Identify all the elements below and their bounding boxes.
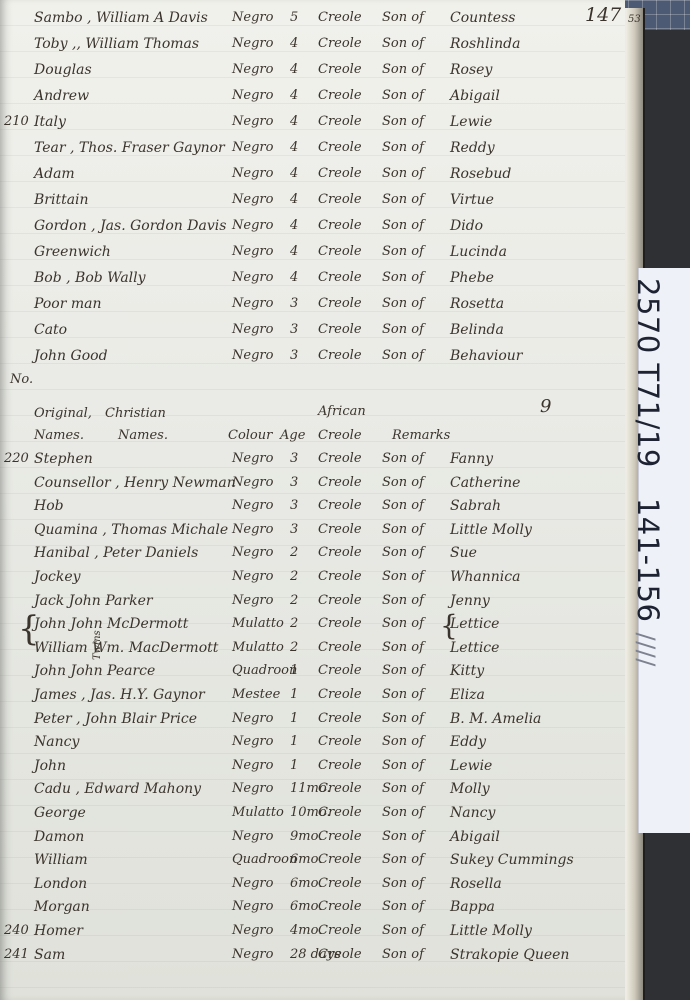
entry-name: Adam <box>34 166 75 182</box>
entry-age: 4 <box>290 140 298 155</box>
entry-age: 4 <box>290 244 298 259</box>
entry-mother: Sabrah <box>450 498 501 514</box>
entry-origin: Creole <box>318 62 362 77</box>
entry-age: 2 <box>290 593 298 608</box>
entry-age: 1 <box>290 758 298 773</box>
entry-name: Brittain <box>34 192 89 208</box>
archive-reference-label: 2570 T71/19141-156//// <box>638 268 690 833</box>
register-entry: GeorgeMulatto10mo.CreoleSon ofNancy <box>0 803 620 827</box>
entry-name: John Good <box>34 348 108 364</box>
entry-origin: Creole <box>318 296 362 311</box>
entry-name: Andrew <box>34 88 89 104</box>
header-names-original: Names. <box>34 428 84 443</box>
entry-relation: Son of <box>382 88 424 103</box>
entry-age: 4 <box>290 88 298 103</box>
entry-mother: Rosella <box>450 876 502 892</box>
entry-age: 1 <box>290 687 298 702</box>
entry-relation: Son of <box>382 640 424 655</box>
entry-name: George <box>34 805 86 821</box>
entry-age: 4 <box>290 36 298 51</box>
entry-name: Hob <box>34 498 64 514</box>
entry-name: Toby ,, William Thomas <box>34 36 199 52</box>
register-entry: BrittainNegro4CreoleSon ofVirtue <box>0 190 620 214</box>
entry-mother: Lucinda <box>450 244 507 260</box>
entry-relation: Son of <box>382 522 424 537</box>
entry-origin: Creole <box>318 10 362 25</box>
entry-age: 2 <box>290 545 298 560</box>
entry-name: William <box>34 852 88 868</box>
entry-name: London <box>34 876 87 892</box>
register-entry: LondonNegro6mo.CreoleSon ofRosella <box>0 874 620 898</box>
entry-name: John John McDermott <box>34 616 188 632</box>
register-entry: JohnNegro1CreoleSon ofLewie <box>0 756 620 780</box>
entry-relation: Son of <box>382 270 424 285</box>
entry-age: 3 <box>290 475 298 490</box>
entry-colour: Negro <box>232 322 273 337</box>
entry-relation: Son of <box>382 545 424 560</box>
entry-relation: Son of <box>382 10 424 25</box>
entry-name: William Wm. MacDermott <box>34 640 218 656</box>
register-entry: NancyNegro1CreoleSon ofEddy <box>0 732 620 756</box>
register-entry: James , Jas. H.Y. GaynorMestee1CreoleSon… <box>0 685 620 709</box>
entry-relation: Son of <box>382 781 424 796</box>
entry-relation: Son of <box>382 711 424 726</box>
entry-number: 240 <box>4 923 29 938</box>
register-entry: JockeyNegro2CreoleSon ofWhannica <box>0 567 620 591</box>
header-christian: Christian <box>105 406 166 421</box>
register-entry: Counsellor , Henry NewmanNegro3CreoleSon… <box>0 473 620 497</box>
entry-mother: Lewie <box>450 114 492 130</box>
entry-colour: Negro <box>232 166 273 181</box>
entry-name: Greenwich <box>34 244 111 260</box>
entry-colour: Negro <box>232 734 273 749</box>
register-entry: John GoodNegro3CreoleSon ofBehaviour <box>0 346 620 370</box>
entry-relation: Son of <box>382 296 424 311</box>
entry-colour: Negro <box>232 348 273 363</box>
entry-colour: Negro <box>232 545 273 560</box>
entry-colour: Negro <box>232 244 273 259</box>
entry-mother: Belinda <box>450 322 504 338</box>
entry-origin: Creole <box>318 947 362 962</box>
entry-age: 3 <box>290 322 298 337</box>
entry-relation: Son of <box>382 192 424 207</box>
entry-origin: Creole <box>318 451 362 466</box>
entry-relation: Son of <box>382 140 424 155</box>
entry-mother: Kitty <box>450 663 484 679</box>
entry-name: Quamina , Thomas Michale <box>34 522 228 538</box>
entry-origin: Creole <box>318 616 362 631</box>
entry-colour: Negro <box>232 62 273 77</box>
entry-mother: Molly <box>450 781 490 797</box>
entry-mother: Bappa <box>450 899 495 915</box>
entry-mother: Nancy <box>450 805 495 821</box>
entry-age: 2 <box>290 640 298 655</box>
register-entry: 220StephenNegro3CreoleSon ofFanny <box>0 449 620 473</box>
page-count-mark: 9 <box>540 396 551 417</box>
entry-relation: Son of <box>382 348 424 363</box>
entry-mother: Phebe <box>450 270 494 286</box>
entry-origin: Creole <box>318 593 362 608</box>
entry-age: 3 <box>290 348 298 363</box>
entry-origin: Creole <box>318 876 362 891</box>
entry-age: 3 <box>290 522 298 537</box>
entry-mother: Eddy <box>450 734 486 750</box>
entry-colour: Negro <box>232 498 273 513</box>
section-marker: No. <box>10 372 33 387</box>
entry-relation: Son of <box>382 899 424 914</box>
entry-mother: Catherine <box>450 475 520 491</box>
entry-name: Italy <box>34 114 66 130</box>
entry-colour: Negro <box>232 88 273 103</box>
tally-mark-icon: //// <box>632 632 660 666</box>
entry-colour: Mulatto <box>232 805 284 820</box>
entry-relation: Son of <box>382 166 424 181</box>
entry-origin: Creole <box>318 36 362 51</box>
twins-brace-left: { <box>18 612 40 646</box>
entry-age: 4 <box>290 114 298 129</box>
entry-mother: Abigail <box>450 88 500 104</box>
entry-colour: Negro <box>232 947 273 962</box>
entry-colour: Negro <box>232 923 273 938</box>
entry-origin: Creole <box>318 852 362 867</box>
entry-relation: Son of <box>382 62 424 77</box>
register-entry: WilliamQuadroon6mo.CreoleSon ofSukey Cum… <box>0 850 620 874</box>
entry-origin: Creole <box>318 244 362 259</box>
entry-name: Homer <box>34 923 83 939</box>
entry-relation: Son of <box>382 593 424 608</box>
entry-relation: Son of <box>382 569 424 584</box>
entry-age: 5 <box>290 10 298 25</box>
entry-colour: Negro <box>232 876 273 891</box>
entry-relation: Son of <box>382 475 424 490</box>
entry-age: 4 <box>290 62 298 77</box>
entry-mother: Little Molly <box>450 923 532 939</box>
entry-number: 220 <box>4 451 29 466</box>
entry-origin: Creole <box>318 475 362 490</box>
entry-name: Morgan <box>34 899 90 915</box>
entry-name: Bob , Bob Wally <box>34 270 146 286</box>
entry-origin: Creole <box>318 218 362 233</box>
register-entry: Sambo , William A DavisNegro5CreoleSon o… <box>0 8 620 32</box>
entry-colour: Negro <box>232 899 273 914</box>
entry-relation: Son of <box>382 876 424 891</box>
entry-origin: Creole <box>318 923 362 938</box>
entry-relation: Son of <box>382 947 424 962</box>
entry-colour: Negro <box>232 10 273 25</box>
entry-origin: Creole <box>318 829 362 844</box>
entry-colour: Quadroon <box>232 852 297 867</box>
entry-name: Tear , Thos. Fraser Gaynor <box>34 140 225 156</box>
entry-relation: Son of <box>382 498 424 513</box>
entry-relation: Son of <box>382 663 424 678</box>
ledger-page: 147 Sambo , William A DavisNegro5CreoleS… <box>0 0 625 1000</box>
entry-origin: Creole <box>318 781 362 796</box>
header-african: African <box>318 404 366 419</box>
entry-name: Damon <box>34 829 84 845</box>
entry-name: Douglas <box>34 62 92 78</box>
corner-mark: 53 <box>628 14 641 25</box>
entry-mother: Rosey <box>450 62 492 78</box>
entry-age: 1 <box>290 663 298 678</box>
header-creole: Creole <box>318 428 362 443</box>
entry-origin: Creole <box>318 192 362 207</box>
entry-name: Cato <box>34 322 67 338</box>
entry-mother: Reddy <box>450 140 495 156</box>
entry-colour: Mulatto <box>232 616 284 631</box>
register-entry: 241SamNegro28 daysCreoleSon ofStrakopie … <box>0 945 620 969</box>
entry-origin: Creole <box>318 758 362 773</box>
entry-colour: Negro <box>232 593 273 608</box>
entry-origin: Creole <box>318 734 362 749</box>
archive-range: 141-156 <box>631 498 665 623</box>
entry-relation: Son of <box>382 114 424 129</box>
entry-number: 241 <box>4 947 29 962</box>
entry-colour: Negro <box>232 569 273 584</box>
entry-origin: Creole <box>318 322 362 337</box>
entry-mother: Abigail <box>450 829 500 845</box>
archive-reference: 2570 T71/19 <box>631 278 665 468</box>
entry-age: 1 <box>290 711 298 726</box>
entry-mother: B. M. Amelia <box>450 711 541 727</box>
entry-mother: Jenny <box>450 593 490 609</box>
register-entry: HobNegro3CreoleSon ofSabrah <box>0 496 620 520</box>
entry-name: Nancy <box>34 734 79 750</box>
entry-age: 3 <box>290 498 298 513</box>
entry-origin: Creole <box>318 663 362 678</box>
entry-mother: Behaviour <box>450 348 522 364</box>
entry-name: Sambo , William A Davis <box>34 10 208 26</box>
register-entry: Hanibal , Peter DanielsNegro2CreoleSon o… <box>0 543 620 567</box>
entry-relation: Son of <box>382 244 424 259</box>
entry-origin: Creole <box>318 140 362 155</box>
header-age: Age <box>280 428 305 443</box>
header-colour: Colour <box>228 428 272 443</box>
entry-name: Poor man <box>34 296 102 312</box>
entry-age: 2 <box>290 616 298 631</box>
entry-relation: Son of <box>382 923 424 938</box>
entry-age: 4 <box>290 218 298 233</box>
entry-name: Counsellor , Henry Newman <box>34 475 236 491</box>
entry-colour: Negro <box>232 36 273 51</box>
entry-origin: Creole <box>318 569 362 584</box>
entry-age: 3 <box>290 451 298 466</box>
entry-age: 2 <box>290 569 298 584</box>
entry-origin: Creole <box>318 114 362 129</box>
entry-colour: Negro <box>232 758 273 773</box>
register-entry: 240HomerNegro4mo.CreoleSon ofLittle Moll… <box>0 921 620 945</box>
header-original: Original, <box>34 406 92 421</box>
entry-name: Cadu , Edward Mahony <box>34 781 201 797</box>
header-names-christian: Names. <box>118 428 168 443</box>
entry-mother: Whannica <box>450 569 520 585</box>
entry-colour: Negro <box>232 140 273 155</box>
entry-mother: Eliza <box>450 687 485 703</box>
entry-colour: Negro <box>232 829 273 844</box>
entry-mother: Sukey Cummings <box>450 852 574 868</box>
entry-relation: Son of <box>382 36 424 51</box>
register-entry: Toby ,, William ThomasNegro4CreoleSon of… <box>0 34 620 58</box>
entry-mother: Countess <box>450 10 515 26</box>
entry-colour: Negro <box>232 218 273 233</box>
register-entry: Bob , Bob WallyNegro4CreoleSon ofPhebe <box>0 268 620 292</box>
entry-colour: Negro <box>232 781 273 796</box>
twins-note: Twins <box>92 630 103 660</box>
register-entry: John John PearceQuadroon1CreoleSon ofKit… <box>0 661 620 685</box>
register-entry: Poor manNegro3CreoleSon ofRosetta <box>0 294 620 318</box>
header-remarks: Remarks <box>392 428 450 443</box>
register-entry: Cadu , Edward MahonyNegro11mo.CreoleSon … <box>0 779 620 803</box>
register-entry: Gordon , Jas. Gordon DavisNegro4CreoleSo… <box>0 216 620 240</box>
entry-origin: Creole <box>318 899 362 914</box>
entry-name: Peter , John Blair Price <box>34 711 197 727</box>
register-entry: GreenwichNegro4CreoleSon ofLucinda <box>0 242 620 266</box>
entry-name: Stephen <box>34 451 93 467</box>
entry-mother: Dido <box>450 218 483 234</box>
entry-colour: Negro <box>232 711 273 726</box>
entry-mother: Rosetta <box>450 296 504 312</box>
entry-mother: Sue <box>450 545 477 561</box>
entry-colour: Mulatto <box>232 640 284 655</box>
entry-mother: Strakopie Queen <box>450 947 569 963</box>
entry-age: 1 <box>290 734 298 749</box>
entry-colour: Negro <box>232 192 273 207</box>
entry-name: Sam <box>34 947 65 963</box>
register-entry: Quamina , Thomas MichaleNegro3CreoleSon … <box>0 520 620 544</box>
entry-age: 4 <box>290 270 298 285</box>
entry-mother: Lettice <box>450 640 499 656</box>
entry-relation: Son of <box>382 734 424 749</box>
entry-name: Gordon , Jas. Gordon Davis <box>34 218 226 234</box>
entry-origin: Creole <box>318 522 362 537</box>
entry-origin: Creole <box>318 687 362 702</box>
entry-colour: Negro <box>232 451 273 466</box>
twins-brace-right: { <box>440 612 458 640</box>
entry-colour: Mestee <box>232 687 280 702</box>
entry-name: James , Jas. H.Y. Gaynor <box>34 687 205 703</box>
register-entry: 210ItalyNegro4CreoleSon ofLewie <box>0 112 620 136</box>
entry-relation: Son of <box>382 829 424 844</box>
entry-relation: Son of <box>382 805 424 820</box>
entry-origin: Creole <box>318 805 362 820</box>
register-entry: AdamNegro4CreoleSon ofRosebud <box>0 164 620 188</box>
register-entry: DamonNegro9mo.CreoleSon ofAbigail <box>0 827 620 851</box>
entry-mother: Roshlinda <box>450 36 520 52</box>
register-entry: DouglasNegro4CreoleSon ofRosey <box>0 60 620 84</box>
entry-relation: Son of <box>382 758 424 773</box>
entry-relation: Son of <box>382 852 424 867</box>
entry-name: John <box>34 758 66 774</box>
entry-name: John John Pearce <box>34 663 155 679</box>
entry-origin: Creole <box>318 348 362 363</box>
entry-number: 210 <box>4 114 29 129</box>
entry-name: Jockey <box>34 569 81 585</box>
register-entry: CatoNegro3CreoleSon ofBelinda <box>0 320 620 344</box>
entry-colour: Negro <box>232 475 273 490</box>
entry-origin: Creole <box>318 640 362 655</box>
entry-mother: Little Molly <box>450 522 532 538</box>
entry-origin: Creole <box>318 545 362 560</box>
entry-relation: Son of <box>382 322 424 337</box>
entry-origin: Creole <box>318 166 362 181</box>
entry-colour: Negro <box>232 522 273 537</box>
entry-origin: Creole <box>318 270 362 285</box>
entry-relation: Son of <box>382 451 424 466</box>
entry-mother: Fanny <box>450 451 493 467</box>
register-entry: Jack John ParkerNegro2CreoleSon ofJenny <box>0 591 620 615</box>
entry-colour: Negro <box>232 270 273 285</box>
entry-relation: Son of <box>382 218 424 233</box>
entry-origin: Creole <box>318 88 362 103</box>
entry-mother: Lewie <box>450 758 492 774</box>
entry-origin: Creole <box>318 498 362 513</box>
register-entry: MorganNegro6mo.CreoleSon ofBappa <box>0 897 620 921</box>
entry-relation: Son of <box>382 687 424 702</box>
entry-colour: Quadroon <box>232 663 297 678</box>
entry-mother: Rosebud <box>450 166 511 182</box>
entry-age: 4 <box>290 166 298 181</box>
entry-relation: Son of <box>382 616 424 631</box>
register-entry: AndrewNegro4CreoleSon ofAbigail <box>0 86 620 110</box>
entry-colour: Negro <box>232 296 273 311</box>
entry-name: Hanibal , Peter Daniels <box>34 545 198 561</box>
entry-colour: Negro <box>232 114 273 129</box>
entry-mother: Virtue <box>450 192 494 208</box>
register-entry: Tear , Thos. Fraser GaynorNegro4CreoleSo… <box>0 138 620 162</box>
entry-age: 4 <box>290 192 298 207</box>
register-entry: Peter , John Blair PriceNegro1CreoleSon … <box>0 709 620 733</box>
entry-age: 3 <box>290 296 298 311</box>
entry-origin: Creole <box>318 711 362 726</box>
entry-name: Jack John Parker <box>34 593 153 609</box>
